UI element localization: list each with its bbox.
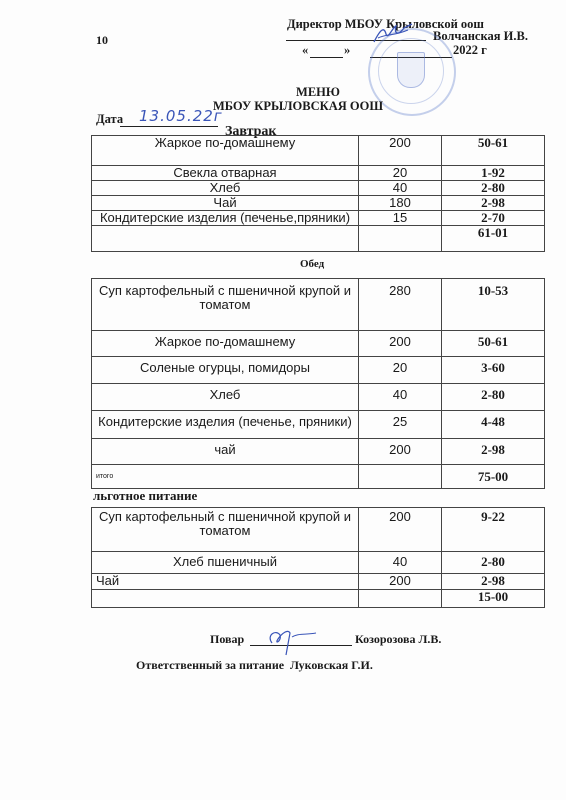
dish-price: 2-98 <box>442 196 545 211</box>
director-signature-icon <box>370 20 414 46</box>
dish-grams <box>359 590 442 608</box>
date-label: Дата <box>96 112 123 127</box>
dish-grams: 15 <box>359 211 442 226</box>
dish-grams: 40 <box>359 384 442 411</box>
dish-price: 50-61 <box>442 331 545 357</box>
dish-grams <box>359 226 442 252</box>
dish-price: 3-60 <box>442 357 545 384</box>
dish-price: 2-70 <box>442 211 545 226</box>
dish-grams: 20 <box>359 357 442 384</box>
breakfast-total: 61-01 <box>442 226 545 252</box>
dish-name: чай <box>92 439 359 465</box>
dish-grams: 180 <box>359 196 442 211</box>
dish-name <box>92 590 359 608</box>
dish-price: 9-22 <box>442 508 545 552</box>
dish-grams: 20 <box>359 166 442 181</box>
dish-name: Свекла отварная <box>92 166 359 181</box>
table-row-total: итого 75-00 <box>92 465 545 489</box>
breakfast-table: Жаркое по-домашнему 200 50-61 Свекла отв… <box>91 135 545 252</box>
dish-name: Чай <box>92 574 359 590</box>
dish-price: 1-92 <box>442 166 545 181</box>
dish-name: Хлеб пшеничный <box>92 552 359 574</box>
table-row: Суп картофельный с пшеничной крупой и то… <box>92 508 545 552</box>
dish-price: 10-53 <box>442 279 545 331</box>
responsible-name: Луковская Г.И. <box>290 658 373 673</box>
approval-date-quote-open: « <box>302 43 308 58</box>
dish-name: Чай <box>92 196 359 211</box>
benefit-table: Суп картофельный с пшеничной крупой и то… <box>91 507 545 608</box>
table-row: Чай 180 2-98 <box>92 196 545 211</box>
cook-signature-icon <box>262 625 322 659</box>
table-row: Хлеб пшеничный 40 2-80 <box>92 552 545 574</box>
dish-grams: 40 <box>359 181 442 196</box>
table-row: Кондитерские изделия (печенье, пряники) … <box>92 411 545 439</box>
dish-grams: 200 <box>359 508 442 552</box>
dish-name: Жаркое по-домашнему <box>92 136 359 166</box>
table-row: Жаркое по-домашнему 200 50-61 <box>92 331 545 357</box>
dish-grams: 280 <box>359 279 442 331</box>
dish-price: 2-98 <box>442 574 545 590</box>
dish-grams: 200 <box>359 439 442 465</box>
table-row: Хлеб 40 2-80 <box>92 181 545 196</box>
dish-price: 2-80 <box>442 181 545 196</box>
menu-title: МЕНЮ <box>0 85 566 100</box>
approval-year: 2022 г <box>453 43 487 58</box>
dish-grams: 200 <box>359 574 442 590</box>
dish-name <box>92 226 359 252</box>
lunch-total: 75-00 <box>442 465 545 489</box>
dish-grams: 40 <box>359 552 442 574</box>
dish-price: 2-80 <box>442 552 545 574</box>
approval-date-quote-close: » <box>344 43 350 58</box>
dish-price: 2-80 <box>442 384 545 411</box>
lunch-table: Суп картофельный с пшеничной крупой и то… <box>91 278 545 489</box>
dish-price: 4-48 <box>442 411 545 439</box>
cook-name: Козорозова Л.В. <box>355 632 441 647</box>
date-value: 13.05.22г <box>139 107 223 125</box>
table-row: Соленые огурцы, помидоры 20 3-60 <box>92 357 545 384</box>
date-underline <box>120 126 218 127</box>
dish-grams <box>359 465 442 489</box>
dish-name: Хлеб <box>92 181 359 196</box>
table-row: Жаркое по-домашнему 200 50-61 <box>92 136 545 166</box>
table-row-total: 15-00 <box>92 590 545 608</box>
table-row: Чай 200 2-98 <box>92 574 545 590</box>
dish-grams: 25 <box>359 411 442 439</box>
dish-grams: 200 <box>359 136 442 166</box>
dish-grams: 200 <box>359 331 442 357</box>
table-row: Кондитерские изделия (печенье,пряники) 1… <box>92 211 545 226</box>
director-name: Волчанская И.В. <box>433 29 528 44</box>
dish-name: Соленые огурцы, помидоры <box>92 357 359 384</box>
table-row-total: 61-01 <box>92 226 545 252</box>
stamp-emblem-icon <box>397 52 425 88</box>
dish-price: 50-61 <box>442 136 545 166</box>
dish-name: Жаркое по-домашнему <box>92 331 359 357</box>
school-name: МБОУ КРЫЛОВСКАЯ ООШ <box>0 99 566 114</box>
total-label: итого <box>92 465 359 489</box>
approval-day-blank <box>310 57 343 58</box>
dish-name: Кондитерские изделия (печенье,пряники) <box>92 211 359 226</box>
table-row: чай 200 2-98 <box>92 439 545 465</box>
dish-name: Кондитерские изделия (печенье, пряники) <box>92 411 359 439</box>
dish-name: Суп картофельный с пшеничной крупой и то… <box>92 279 359 331</box>
page-number: 10 <box>96 33 108 48</box>
lunch-heading: Обед <box>300 258 324 270</box>
cook-label: Повар <box>210 632 244 647</box>
dish-name: Хлеб <box>92 384 359 411</box>
table-row: Суп картофельный с пшеничной крупой и то… <box>92 279 545 331</box>
benefit-total: 15-00 <box>442 590 545 608</box>
table-row: Свекла отварная 20 1-92 <box>92 166 545 181</box>
responsible-label: Ответственный за питание <box>136 658 284 673</box>
table-row: Хлеб 40 2-80 <box>92 384 545 411</box>
dish-price: 2-98 <box>442 439 545 465</box>
benefit-heading: льготное питание <box>93 488 197 504</box>
dish-name: Суп картофельный с пшеничной крупой и то… <box>92 508 359 552</box>
